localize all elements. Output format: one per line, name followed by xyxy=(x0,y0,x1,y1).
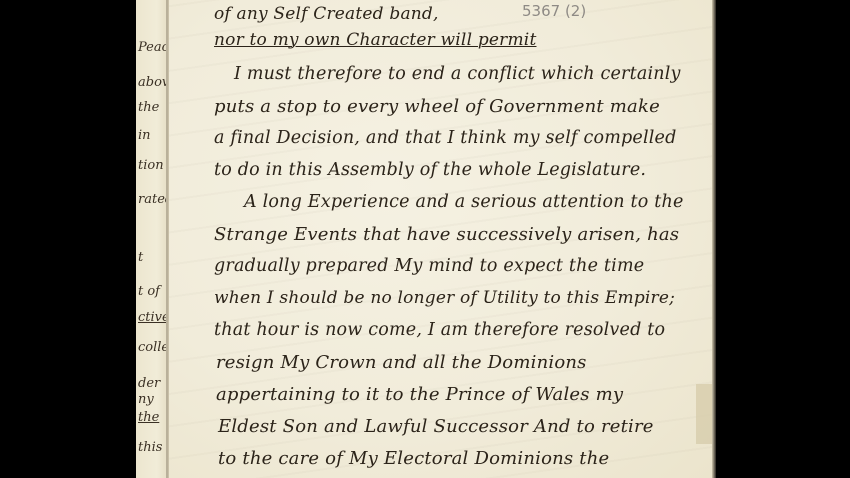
adjacent-page-margin: Peace, above the in tion rated t t of ct… xyxy=(136,0,166,478)
text-line: puts a stop to every wheel of Government… xyxy=(214,96,660,117)
manuscript-page: 5367 (2) of any Self Created band, nor t… xyxy=(168,0,714,478)
margin-fragment: der xyxy=(138,376,160,391)
margin-fragment: above xyxy=(138,75,166,90)
text-line: a final Decision, and that I think my se… xyxy=(214,128,677,148)
text-line: A long Experience and a serious attentio… xyxy=(244,192,684,212)
margin-fragment: t xyxy=(138,250,143,265)
text-line: to the care of My Electoral Dominions th… xyxy=(218,448,609,469)
margin-fragment: the xyxy=(138,410,159,425)
text-line: Eldest Son and Lawful Successor And to r… xyxy=(218,416,654,437)
text-line: resign My Crown and all the Dominions xyxy=(216,352,587,373)
margin-fragment: ny xyxy=(138,392,154,407)
margin-rule xyxy=(168,0,169,478)
text-line: gradually prepared My mind to expect the… xyxy=(214,256,644,276)
margin-fragment: the xyxy=(138,100,159,115)
text-line: to do in this Assembly of the whole Legi… xyxy=(214,160,646,180)
text-line: of any Self Created band, xyxy=(214,4,439,24)
text-line: nor to my own Character will permit xyxy=(214,30,536,50)
margin-fragment: collec xyxy=(138,340,166,355)
margin-fragment: t of xyxy=(138,284,160,299)
margin-fragment: rated xyxy=(138,192,166,207)
margin-fragment: Peace, xyxy=(138,40,166,55)
margin-fragment: tion xyxy=(138,158,164,173)
margin-fragment: ctive xyxy=(138,310,166,325)
text-line: appertaining to it to the Prince of Wale… xyxy=(216,384,623,405)
archive-reference-number: 5367 (2) xyxy=(522,2,586,20)
text-line: that hour is now come, I am therefore re… xyxy=(214,320,665,340)
margin-fragment: in xyxy=(138,128,151,143)
margin-fragment: this xyxy=(138,440,162,455)
text-line: I must therefore to end a conflict which… xyxy=(234,64,681,84)
document-viewer: Peace, above the in tion rated t t of ct… xyxy=(0,0,850,478)
text-line: when I should be no longer of Utility to… xyxy=(214,288,675,308)
tape-strip xyxy=(696,384,712,444)
page-edge xyxy=(712,0,716,478)
text-line: Strange Events that have successively ar… xyxy=(214,224,679,245)
